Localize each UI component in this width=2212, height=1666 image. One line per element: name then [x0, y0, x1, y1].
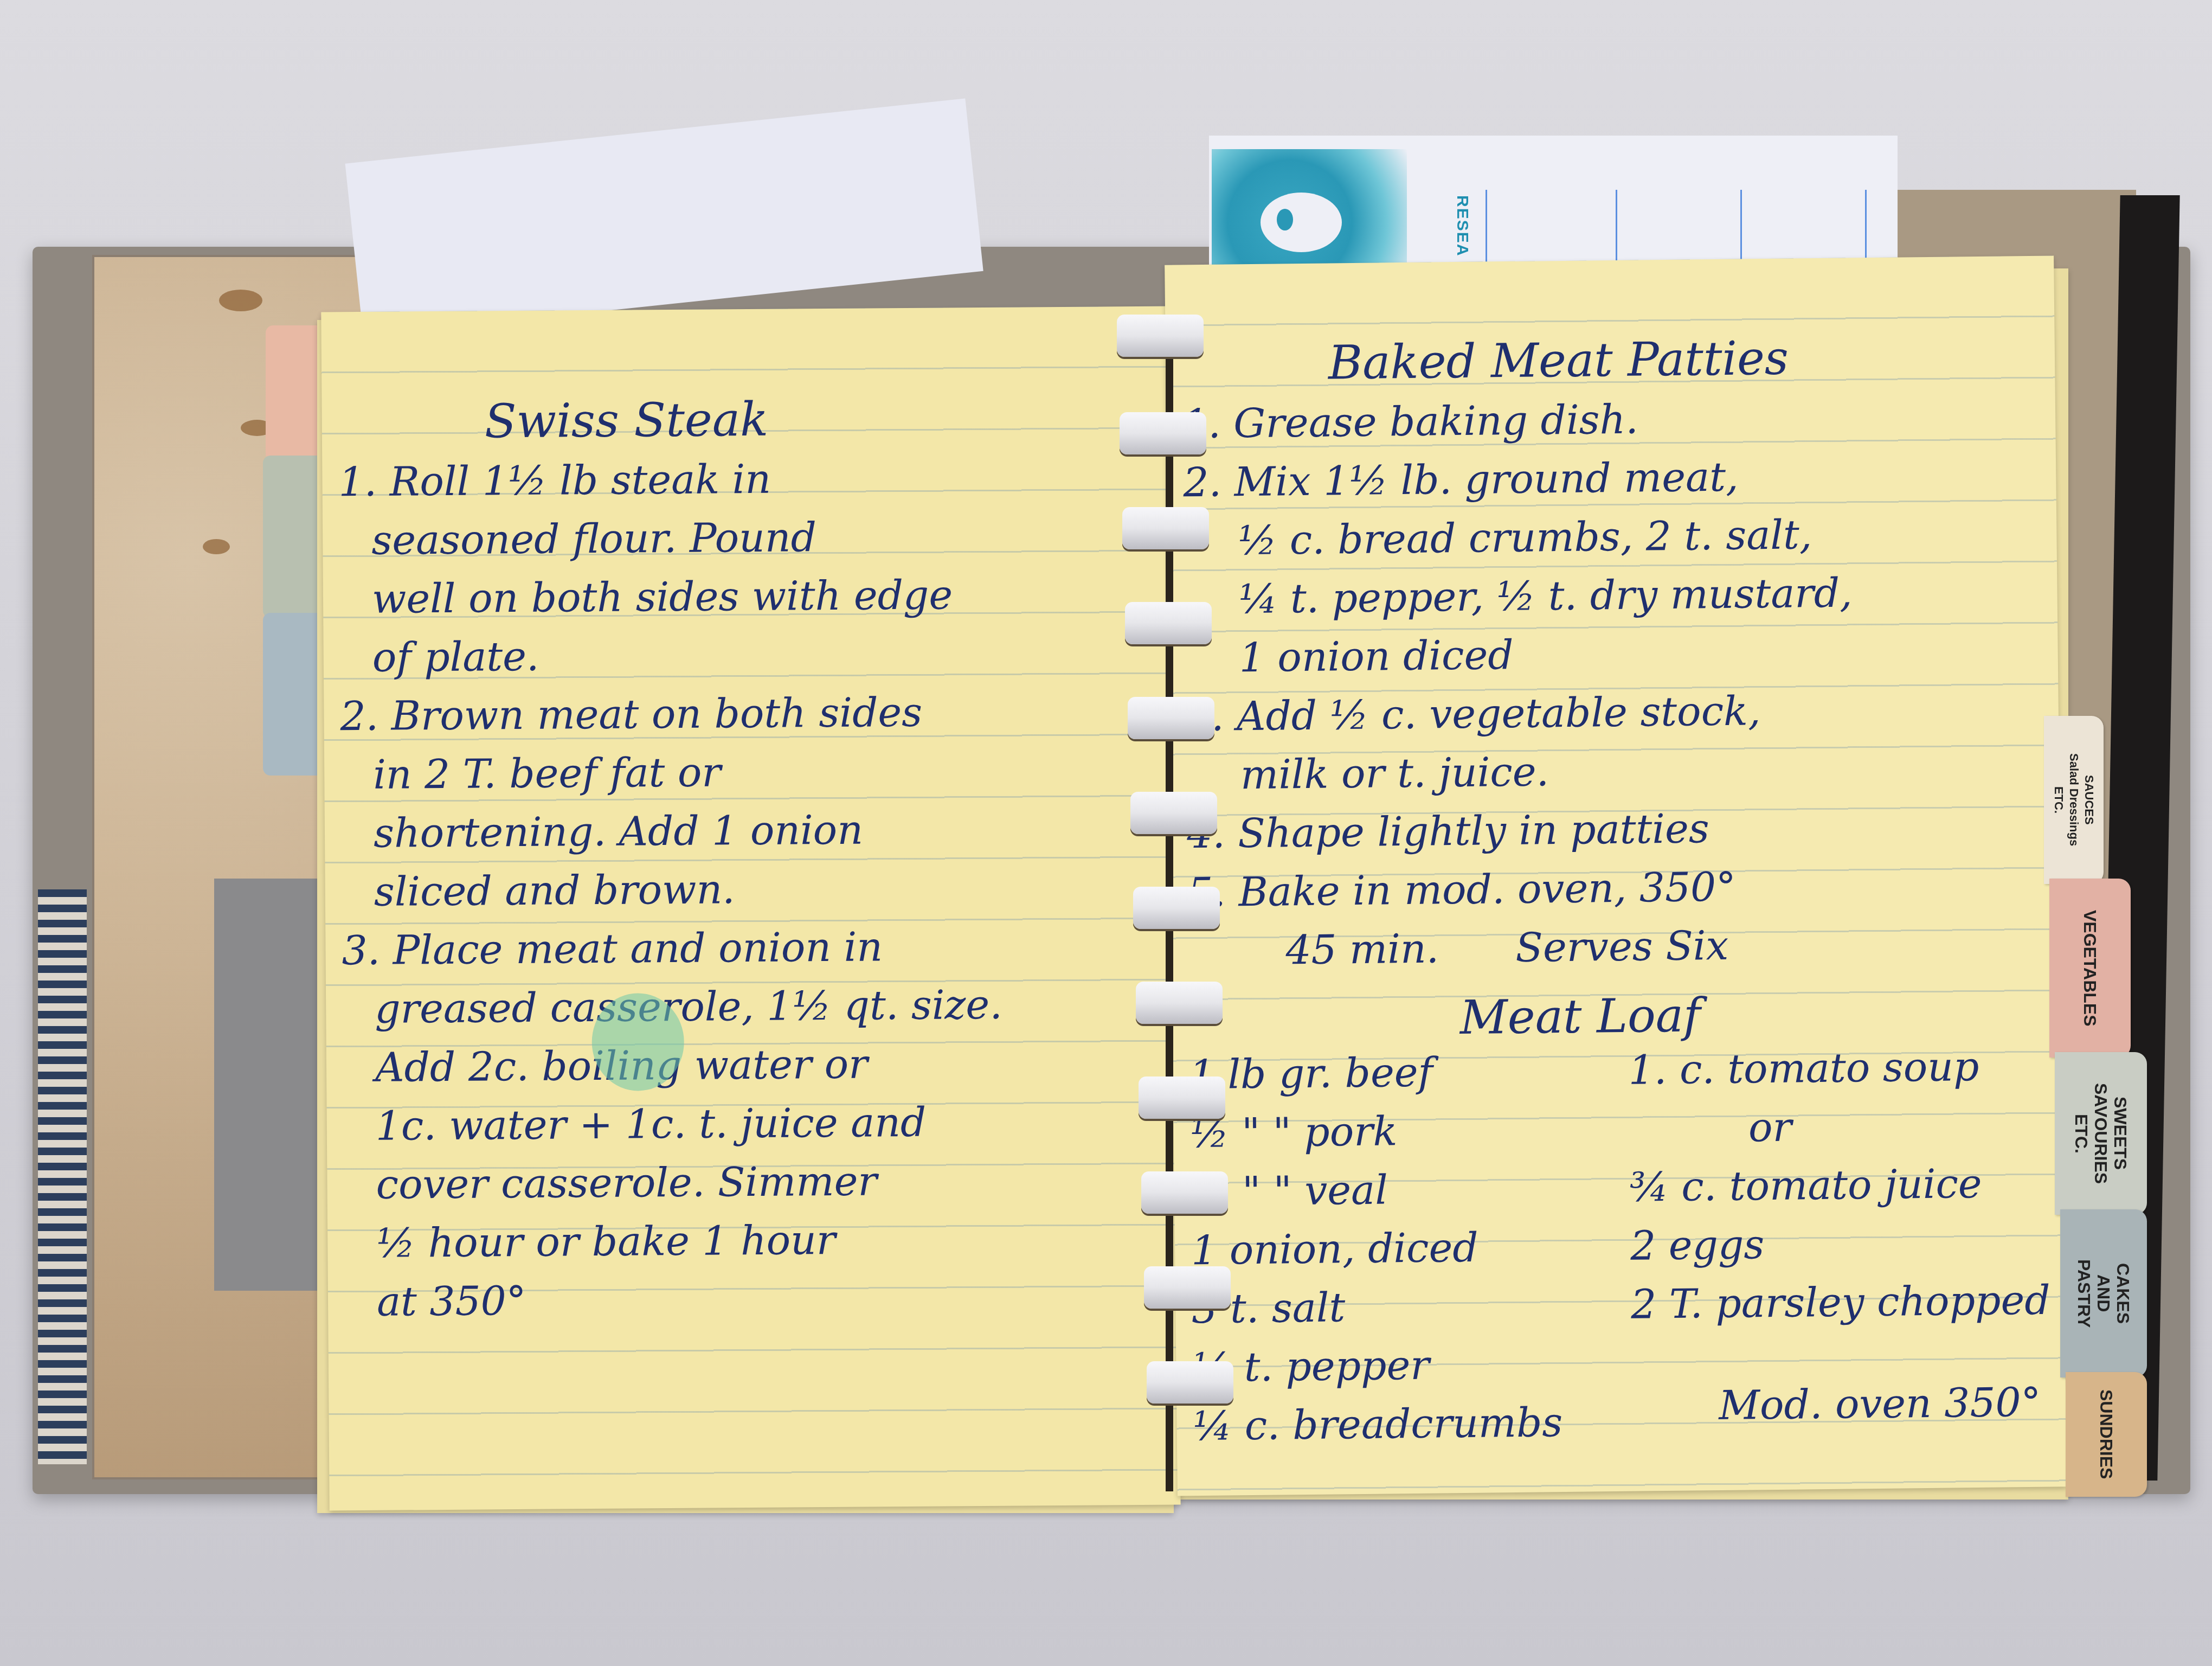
recipe-line: 1. Roll 1½ lb steak in: [338, 448, 999, 511]
ingredient: ½ t. pepper: [1192, 1335, 1562, 1397]
recipe-line: shortening. Add 1 onion: [341, 800, 1001, 863]
recipe-line: milk or t. juice.: [1186, 739, 1854, 805]
recipe-line: ¼ t. pepper, ½ t. dry mustard,: [1184, 563, 1853, 629]
ingredient: 1. c. tomato soup: [1628, 1037, 2048, 1100]
recipe-line: 1 onion diced: [1185, 622, 1853, 688]
recipe-line: 1. Grease baking dish.: [1182, 388, 1851, 453]
ingredient: 2 T. parsley chopped: [1631, 1271, 2050, 1334]
flower-illustration-icon: [1212, 149, 1407, 282]
ingredient: ½ " " veal: [1190, 1159, 1560, 1221]
coil-ring: [1120, 412, 1206, 454]
petal: [1261, 193, 1342, 252]
left-page: Swiss Steak 1. Roll 1½ lb steak in seaso…: [321, 306, 1180, 1511]
ingredient: 3 t. salt: [1192, 1276, 1562, 1338]
right-page: Baked Meat Patties 1. Grease baking dish…: [1165, 255, 2067, 1496]
section-tab-sauces[interactable]: SAUCES Salad Dressings ETC.: [2044, 716, 2104, 884]
coil-ring: [1128, 697, 1214, 739]
newspaper-clipping: [214, 879, 323, 1291]
recipe-title-swiss-steak: Swiss Steak: [484, 390, 768, 451]
recipe-line: 1c. water + 1c. t. juice and: [343, 1093, 1003, 1156]
ingredient: 1 lb gr. beef: [1189, 1042, 1559, 1104]
recipe-line: 4. Shape lightly in patties: [1187, 798, 1855, 863]
meat-loaf-ingredients-right: 1. c. tomato soup or ¾ c. tomato juice 2…: [1628, 1037, 2050, 1334]
recipe-line: of plate.: [339, 624, 1000, 687]
recipe-line: in 2 T. beef fat or: [340, 741, 1001, 804]
recipe-line: 2. Brown meat on both sides: [340, 683, 1000, 746]
ingredient: 2 eggs: [1630, 1213, 2050, 1276]
insert-card-label: RESEA: [1453, 195, 1471, 257]
recipe-line: cover casserole. Simmer: [343, 1151, 1004, 1214]
section-tab-cakes-pastry[interactable]: CAKES AND PASTRY: [2060, 1209, 2147, 1377]
coil-ring: [1139, 1077, 1225, 1119]
recipe-title-baked-meat-patties: Baked Meat Patties: [1328, 329, 1789, 393]
recipe-line: 5. Bake in mod. oven, 350°: [1187, 856, 1856, 922]
recipe-line: at 350°: [344, 1268, 1005, 1331]
ingredient: or: [1629, 1095, 2048, 1158]
coil-ring: [1136, 982, 1223, 1024]
ingredient: ¾ c. tomato juice: [1629, 1154, 2049, 1217]
recipe-line: ½ c. bread crumbs, 2 t. salt,: [1184, 505, 1852, 571]
ingredient: 1 onion, diced: [1191, 1218, 1561, 1280]
coil-ring: [1147, 1361, 1233, 1404]
recipe-line: 3. Add ½ c. vegetable stock,: [1185, 681, 1854, 746]
coil-ring: [1122, 507, 1209, 549]
recipe-line: 3. Place meat and onion in: [342, 917, 1002, 980]
coil-ring: [1141, 1171, 1228, 1214]
coil-ring: [1133, 887, 1220, 929]
meat-loaf-oven-note: Mod. oven 350°: [1719, 1373, 2041, 1435]
recipe-line: ½ hour or bake 1 hour: [344, 1210, 1004, 1273]
coil-ring: [1117, 315, 1204, 357]
water-stain: [591, 993, 684, 1091]
recipe-line: seasoned flour. Pound: [339, 507, 999, 570]
petal: [1277, 209, 1293, 230]
swiss-steak-steps: 1. Roll 1½ lb steak in seasoned flour. P…: [338, 448, 1005, 1331]
ingredient: ¼ c. breadcrumbs: [1193, 1393, 1563, 1456]
section-tab-vegetables[interactable]: VEGETABLES: [2049, 879, 2131, 1058]
section-tab-sweets-savouries[interactable]: SWEETS SAVOURIES ETC.: [2055, 1052, 2147, 1215]
stain: [203, 539, 230, 554]
stain: [219, 290, 262, 311]
coil-ring: [1144, 1266, 1231, 1309]
recipe-line: well on both sides with edge: [339, 566, 1000, 629]
spiral-binding: [1111, 315, 1231, 1453]
baked-meat-patties-steps: 1. Grease baking dish. 2. Mix 1½ lb. gro…: [1182, 388, 1856, 981]
coil-ring: [1130, 792, 1217, 834]
cover-spine-stripes: [38, 889, 87, 1464]
ingredient: ½ " " pork: [1189, 1100, 1560, 1163]
recipe-line: sliced and brown.: [341, 858, 1001, 921]
section-tab-sundries[interactable]: SUNDRIES: [2066, 1372, 2147, 1497]
recipe-line: 45 min. Serves Six: [1188, 915, 1856, 981]
meat-loaf-ingredients-left: 1 lb gr. beef ½ " " pork ½ " " veal 1 on…: [1189, 1042, 1563, 1456]
recipe-title-meat-loaf: Meat Loaf: [1459, 986, 1701, 1047]
recipe-line: 2. Mix 1½ lb. ground meat,: [1183, 446, 1851, 512]
coil-ring: [1125, 602, 1212, 644]
